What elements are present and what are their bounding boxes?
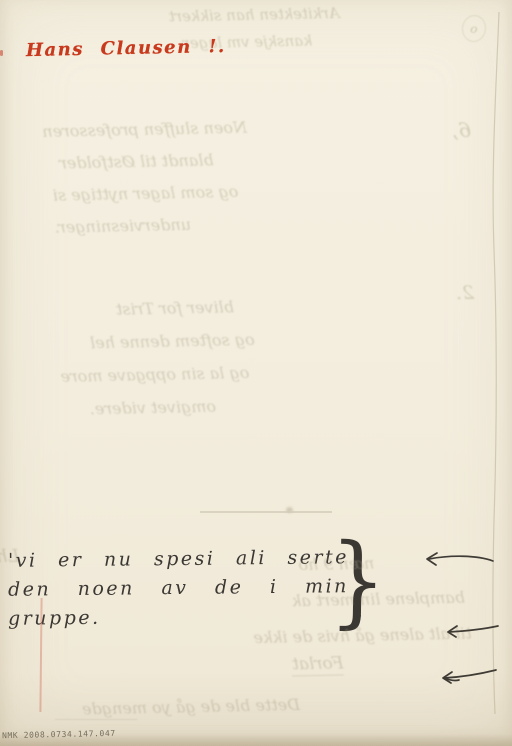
bleedthrough-line: underviesninger. [29, 209, 192, 244]
red-ink-note: Hans Clausen !. [26, 36, 226, 61]
bleedthrough-divider-line [200, 511, 332, 513]
bleedthrough-line: næn 9 ho [249, 546, 375, 585]
circled-mark-glyph: o [469, 21, 478, 36]
arrow-bottom-icon [436, 661, 498, 687]
bleedthrough-line: og softem denne hel [54, 323, 255, 360]
bleedthrough-bottom-underline [55, 719, 137, 720]
bleedthrough-margin-mark-lower: 2. [456, 282, 475, 304]
bleedthrough-line: og la sin oppgave more [55, 356, 250, 393]
bleedthrough-divider-blob [286, 507, 293, 513]
bleedthrough-line: bamplene lin mert ak [250, 580, 466, 620]
bleedthrough-middle-left: bliver for Trist og softem denne hel og … [54, 290, 257, 426]
bleedthrough-line: til alt alene gå hvis de ikke [250, 616, 472, 657]
bleedthrough-margin-mark-mid: 6, [452, 118, 472, 142]
arrow-top-icon [422, 548, 496, 570]
bleedthrough-line: blandt til Østfolder [27, 144, 214, 180]
red-ink-speck [0, 50, 3, 56]
bleedthrough-line: bliver for Trist [54, 290, 235, 327]
page-bottom-shadow [0, 734, 512, 746]
bleedthrough-upper-left: Noen sluffen professoren blandt til Østf… [27, 112, 250, 245]
bleedthrough-line: omgivet videre. [56, 390, 217, 426]
scanned-page: o Arkitekten han sikkert kanskje vm lage… [0, 0, 512, 746]
bleedthrough-line: og som lager nyttige si [28, 176, 239, 212]
arrow-middle-icon [442, 617, 500, 641]
bleedthrough-underlined-word: Forlat [292, 653, 344, 676]
bleedthrough-line: Arkitekten han sikkert [147, 0, 340, 31]
bleedthrough-line: Noen sluffen professoren [27, 112, 248, 149]
